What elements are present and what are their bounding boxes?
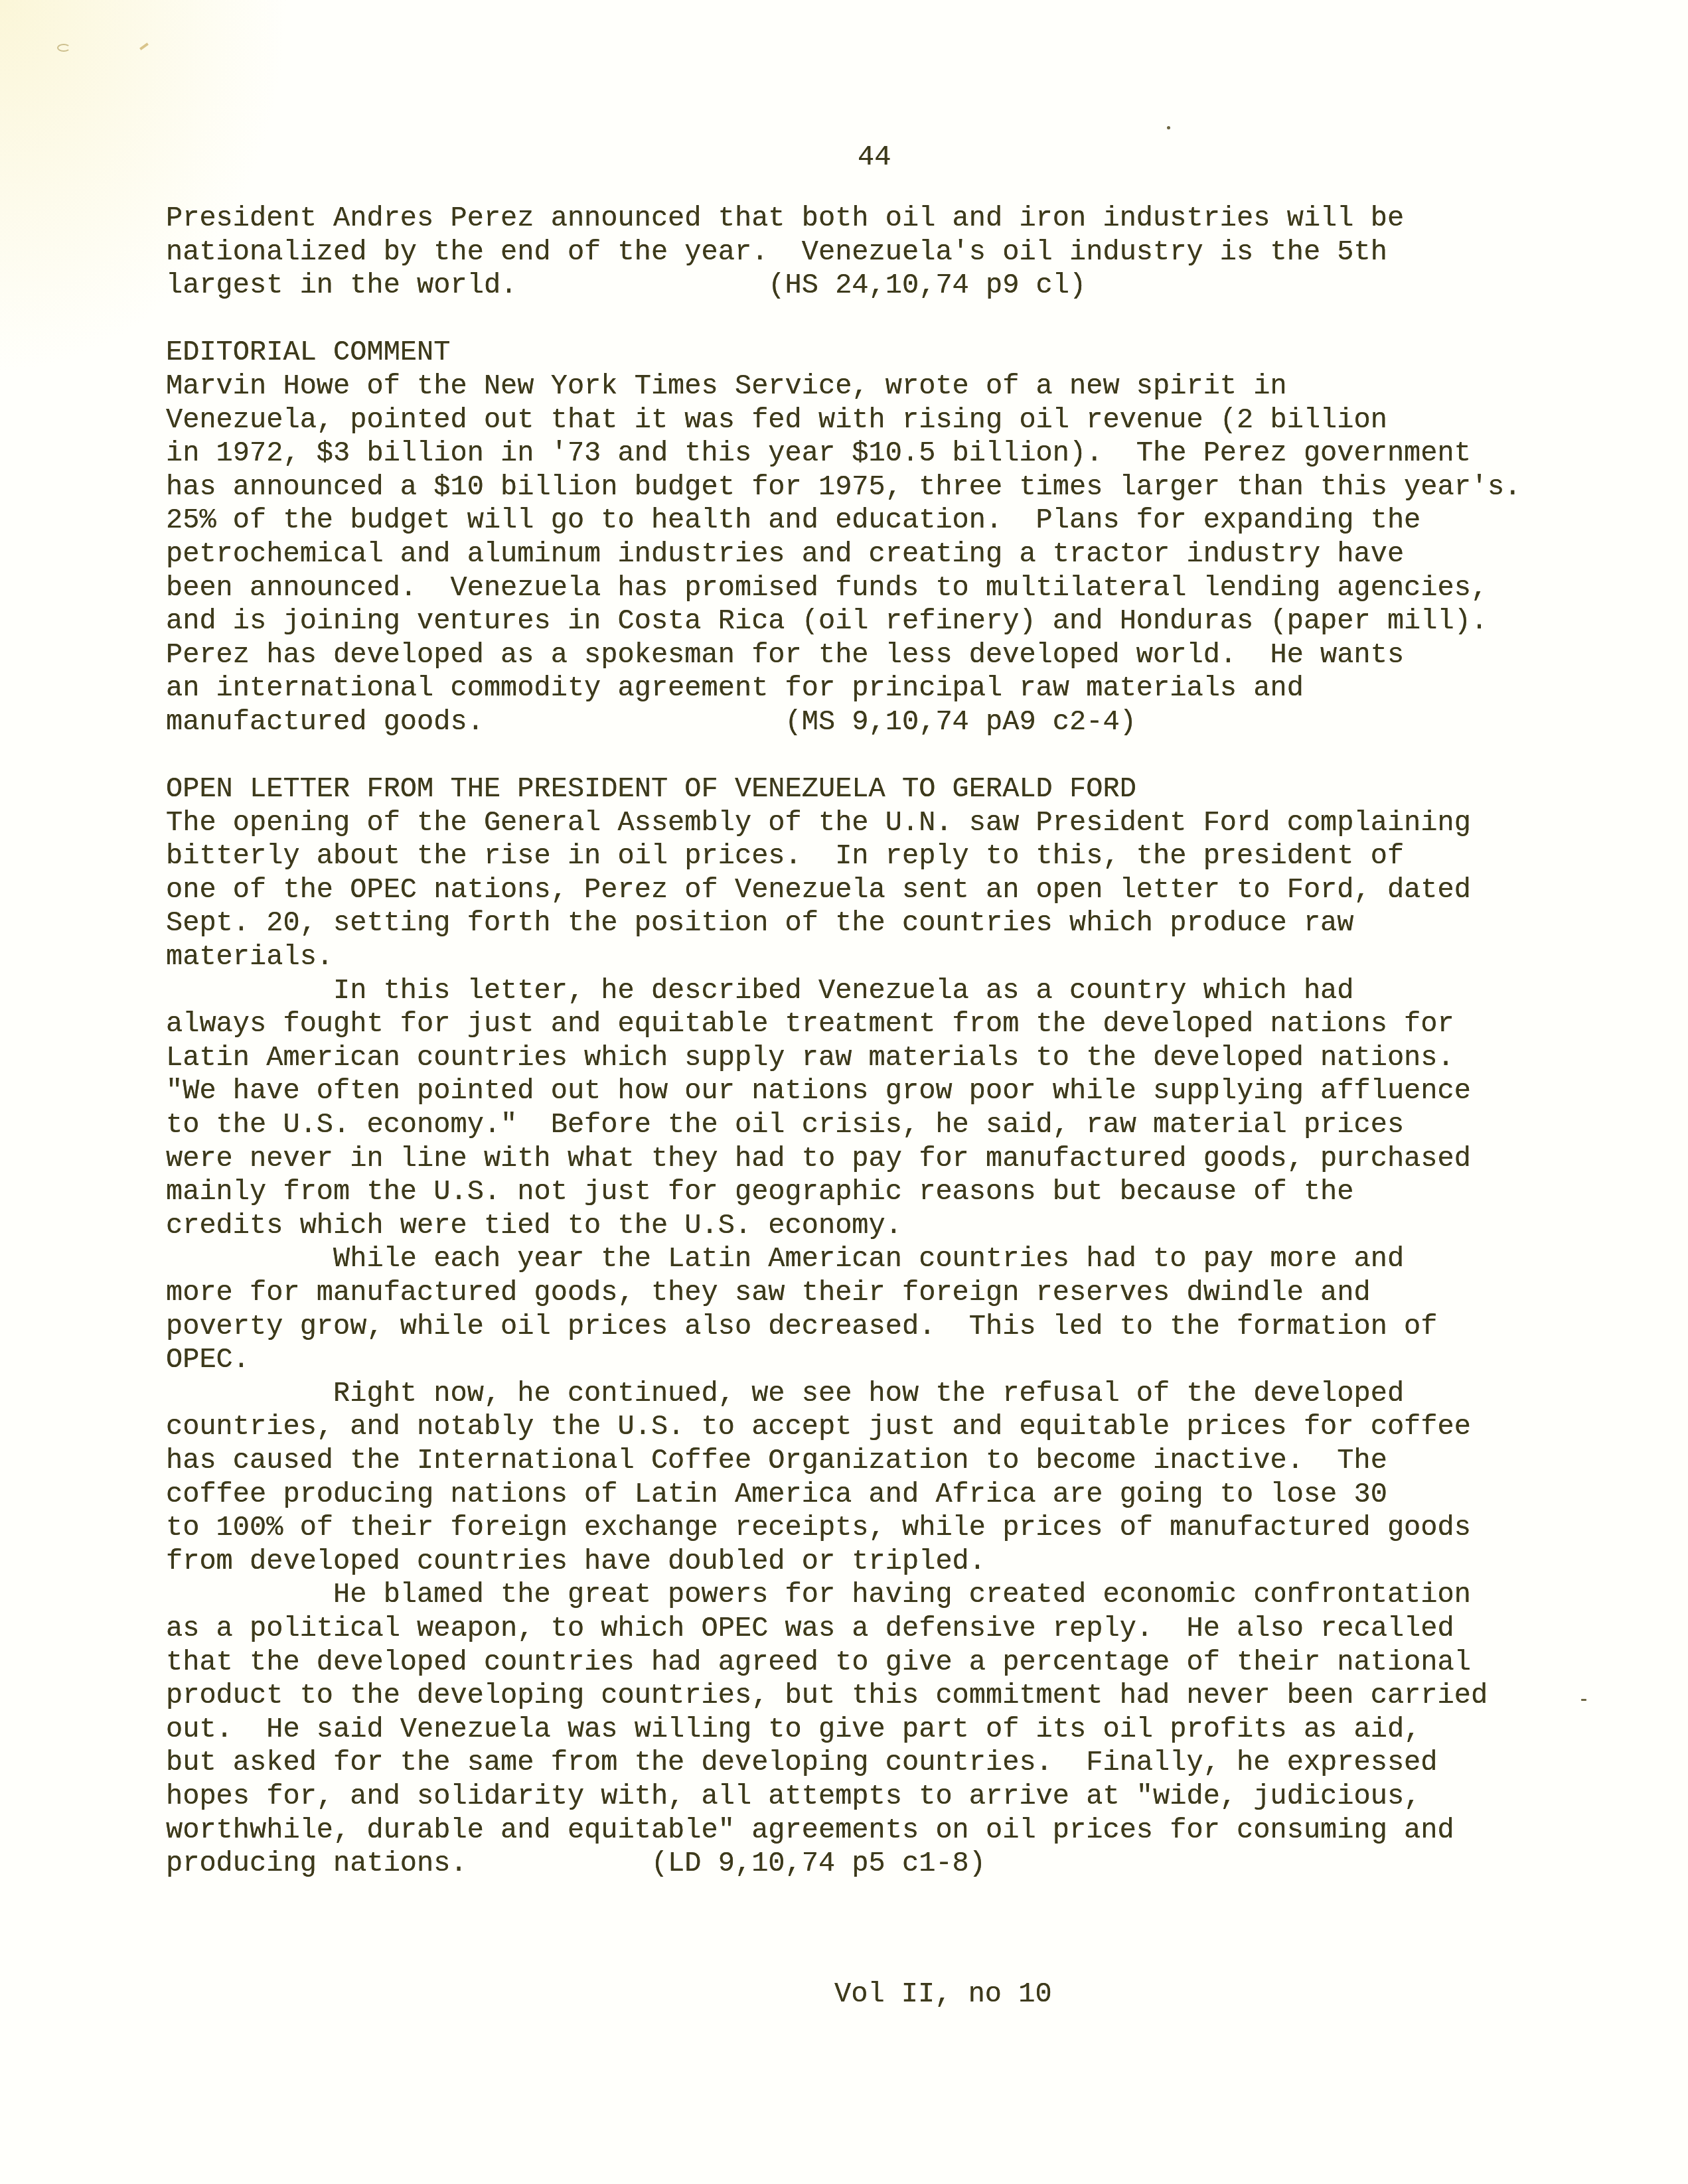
margin-pencil-mark [139,42,149,50]
text-line: In this letter, he described Venezuela a… [166,974,1521,1008]
text-line: worthwhile, durable and equitable" agree… [166,1814,1521,1848]
text-line: 25% of the budget will go to health and … [166,504,1521,538]
text-line: that the developed countries had agreed … [166,1646,1521,1680]
text-line: Right now, he continued, we see how the … [166,1377,1521,1411]
text-line: materials. [166,940,1521,974]
text-line: to the U.S. economy." Before the oil cri… [166,1108,1521,1142]
text-line: President Andres Perez announced that bo… [166,202,1521,236]
page-number: 44 [858,141,891,174]
section-heading: EDITORIAL COMMENT [166,336,1521,370]
text-line: bitterly about the rise in oil prices. I… [166,839,1521,873]
text-line: were never in line with what they had to… [166,1142,1521,1176]
text-line: and is joining ventures in Costa Rica (o… [166,605,1521,638]
text-line-with-citation: manufactured goods. (MS 9,10,74 pA9 c2-4… [166,705,1521,739]
text-line: always fought for just and equitable tre… [166,1007,1521,1041]
text-line: Perez has developed as a spokesman for t… [166,638,1521,672]
text-line: poverty grow, while oil prices also decr… [166,1310,1521,1344]
text-line: more for manufactured goods, they saw th… [166,1276,1521,1310]
text-line: Marvin Howe of the New York Times Servic… [166,370,1521,403]
text-line: "We have often pointed out how our natio… [166,1074,1521,1108]
text-line: product to the developing countries, but… [166,1679,1521,1713]
stray-dash [1581,1699,1586,1701]
text-line-with-citation: largest in the world. (HS 24,10,74 p9 cl… [166,269,1521,303]
article-body: President Andres Perez announced that bo… [166,202,1521,1881]
text-line: has announced a $10 billion budget for 1… [166,471,1521,504]
text-line: Sept. 20, setting forth the position of … [166,907,1521,940]
text-line: an international commodity agreement for… [166,672,1521,705]
document-page: 44 President Andres Perez announced that… [0,0,1688,2184]
text-line: to 100% of their foreign exchange receip… [166,1511,1521,1545]
text-line: has caused the International Coffee Orga… [166,1444,1521,1478]
text-line [166,739,1521,773]
text-line: petrochemical and aluminum industries an… [166,538,1521,571]
stray-dot [1167,126,1170,129]
text-line [166,303,1521,336]
margin-smudge-mark [57,44,70,52]
text-line: one of the OPEC nations, Perez of Venezu… [166,873,1521,907]
text-line: out. He said Venezuela was willing to gi… [166,1713,1521,1747]
text-line: from developed countries have doubled or… [166,1545,1521,1579]
text-line: been announced. Venezuela has promised f… [166,571,1521,605]
text-line: The opening of the General Assembly of t… [166,806,1521,840]
text-line: as a political weapon, to which OPEC was… [166,1612,1521,1646]
text-line: but asked for the same from the developi… [166,1746,1521,1780]
text-line: credits which were tied to the U.S. econ… [166,1209,1521,1243]
section-heading: OPEN LETTER FROM THE PRESIDENT OF VENEZU… [166,772,1521,806]
volume-footer: Vol II, no 10 [834,1978,1052,2011]
text-line: Venezuela, pointed out that it was fed w… [166,403,1521,437]
text-line-with-citation: producing nations. (LD 9,10,74 p5 c1-8) [166,1847,1521,1881]
text-line: mainly from the U.S. not just for geogra… [166,1175,1521,1209]
text-line: in 1972, $3 billion in '73 and this year… [166,437,1521,471]
text-line: coffee producing nations of Latin Americ… [166,1478,1521,1512]
text-line: He blamed the great powers for having cr… [166,1578,1521,1612]
text-line: While each year the Latin American count… [166,1242,1521,1276]
text-line: countries, and notably the U.S. to accep… [166,1410,1521,1444]
text-line: Latin American countries which supply ra… [166,1041,1521,1075]
text-line: nationalized by the end of the year. Ven… [166,236,1521,269]
text-line: hopes for, and solidarity with, all atte… [166,1780,1521,1814]
text-line: OPEC. [166,1343,1521,1377]
